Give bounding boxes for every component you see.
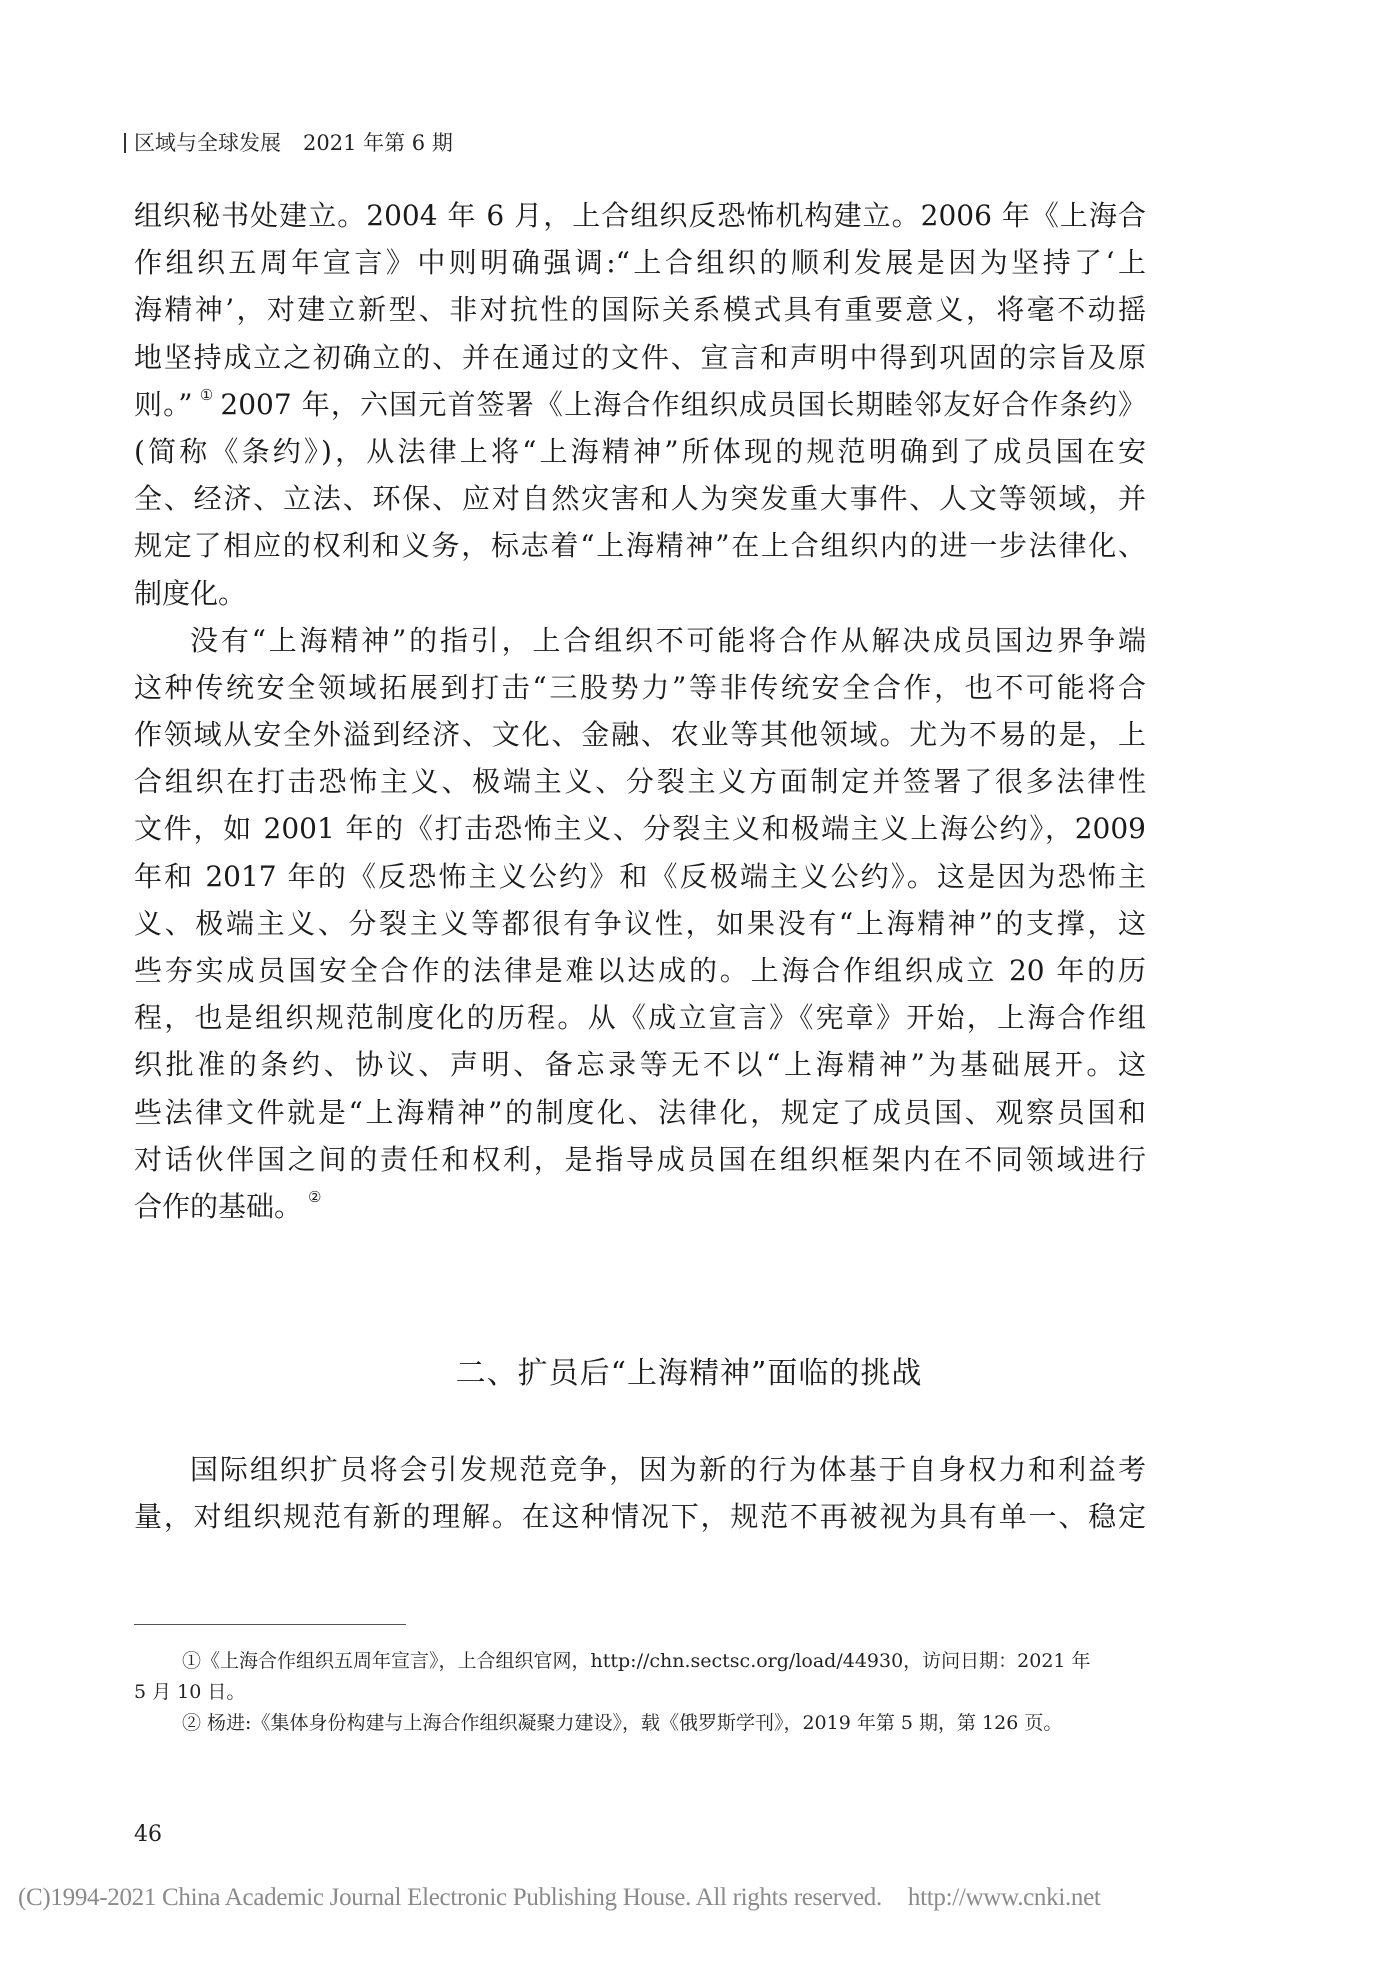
section-body-text: 国际组织扩员将会引发规范竞争，因为新的行为体基于自身权力和利益考 量，对组织规范… <box>134 1446 1146 1540</box>
text-line: 规定了相应的权利和义务，标志着“上海精神”在上合组织内的进一步法律化、 <box>134 522 1146 569</box>
footnote-1: ①《上海合作组织五周年宣言》，上合组织官网，http://chn.sectsc.… <box>134 1646 1146 1677</box>
paragraph-start: 国际组织扩员将会引发规范竞争，因为新的行为体基于自身权力和利益考 <box>134 1446 1146 1493</box>
text-line: 作组织五周年宣言》中则明确强调:“上合组织的顺利发展是因为坚持了‘上 <box>134 239 1146 286</box>
text-line: 海精神’，对建立新型、非对抗性的国际关系模式具有重要意义，将毫不动摇 <box>134 286 1146 333</box>
text-line: 组织秘书处建立。2004 年 6 月，上合组织反恐怖机构建立。2006 年《上海… <box>134 192 1146 239</box>
copyright-url[interactable]: http://www.cnki.net <box>908 1884 1101 1911</box>
text-line: 些法律文件就是“上海精神”的制度化、法律化，规定了成员国、观察员国和 <box>134 1089 1146 1136</box>
text-line: 合组织在打击恐怖主义、极端主义、分裂主义方面制定并签署了很多法律性 <box>134 758 1146 805</box>
footnote-ref-2[interactable]: ② <box>308 1188 321 1206</box>
copyright-text: (C)1994-2021 China Academic Journal Elec… <box>18 1884 882 1911</box>
header-divider <box>124 133 126 153</box>
text-line: 制度化。 <box>134 570 1146 617</box>
text-line: 程，也是组织规范制度化的历程。从《成立宣言》《宪章》开始，上海合作组 <box>134 994 1146 1041</box>
text-line: (简称《条约》)，从法律上将“上海精神”所体现的规范明确到了成员国在安 <box>134 428 1146 475</box>
page-number: 46 <box>134 1820 162 1850</box>
text-line: 些夯实成员国安全合作的法律是难以达成的。上海合作组织成立 20 年的历 <box>134 947 1146 994</box>
text-line: 织批准的条约、协议、声明、备忘录等无不以“上海精神”为基础展开。这 <box>134 1041 1146 1088</box>
copyright-notice: (C)1994-2021 China Academic Journal Elec… <box>18 1882 1101 1914</box>
journal-name: 区域与全球发展 <box>134 131 281 155</box>
text-fragment: 2007 年，六国元首签署《上海合作组织成员国长期睦邻友好合作条约》 <box>220 388 1146 421</box>
paragraph-start: 没有“上海精神”的指引，上合组织不可能将合作从解决成员国边界争端 <box>134 617 1146 664</box>
text-line: 这种传统安全领域拓展到打击“三股势力”等非传统安全合作，也不可能将合 <box>134 664 1146 711</box>
text-fragment: 则。” <box>134 388 193 421</box>
text-line: 对话伙伴国之间的责任和权利，是指导成员国在组织框架内在不同领域进行 <box>134 1136 1146 1183</box>
text-line: 义、极端主义、分裂主义等都很有争议性，如果没有“上海精神”的支撑，这 <box>134 900 1146 947</box>
section-heading: 二、扩员后“上海精神”面临的挑战 <box>0 1352 1378 1396</box>
text-line: 年和 2017 年的《反恐怖主义公约》和《反极端主义公约》。这是因为恐怖主 <box>134 853 1146 900</box>
text-fragment: 合作的基础。 <box>134 1190 302 1223</box>
body-text: 组织秘书处建立。2004 年 6 月，上合组织反恐怖机构建立。2006 年《上海… <box>134 192 1146 1230</box>
journal-issue: 2021 年第 6 期 <box>303 131 453 155</box>
text-line: 全、经济、立法、环保、应对自然灾害和人为突发重大事件、人文等领域，并 <box>134 475 1146 522</box>
text-line-with-footnote: 合作的基础。② <box>134 1183 1146 1230</box>
text-line: 量，对组织规范有新的理解。在这种情况下，规范不再被视为具有单一、稳定 <box>134 1493 1146 1540</box>
footnote-2: ② 杨进:《集体身份构建与上海合作组织凝聚力建设》，载《俄罗斯学刊》，2019 … <box>134 1708 1146 1739</box>
text-line: 文件，如 2001 年的《打击恐怖主义、分裂主义和极端主义上海公约》，2009 <box>134 805 1146 852</box>
running-header: 区域与全球发展2021 年第 6 期 <box>124 128 453 158</box>
text-line: 作领域从安全外溢到经济、文化、金融、农业等其他领域。尤为不易的是，上 <box>134 711 1146 758</box>
footnote-divider <box>134 1624 406 1625</box>
footnote-ref-1[interactable]: ① <box>199 386 215 404</box>
footnote-1-continued: 5 月 10 日。 <box>134 1677 1146 1708</box>
text-line-with-footnote: 则。”①2007 年，六国元首签署《上海合作组织成员国长期睦邻友好合作条约》 <box>134 381 1146 428</box>
footnotes: ①《上海合作组织五周年宣言》，上合组织官网，http://chn.sectsc.… <box>134 1646 1146 1739</box>
text-line: 地坚持成立之初确立的、并在通过的文件、宣言和声明中得到巩固的宗旨及原 <box>134 334 1146 381</box>
